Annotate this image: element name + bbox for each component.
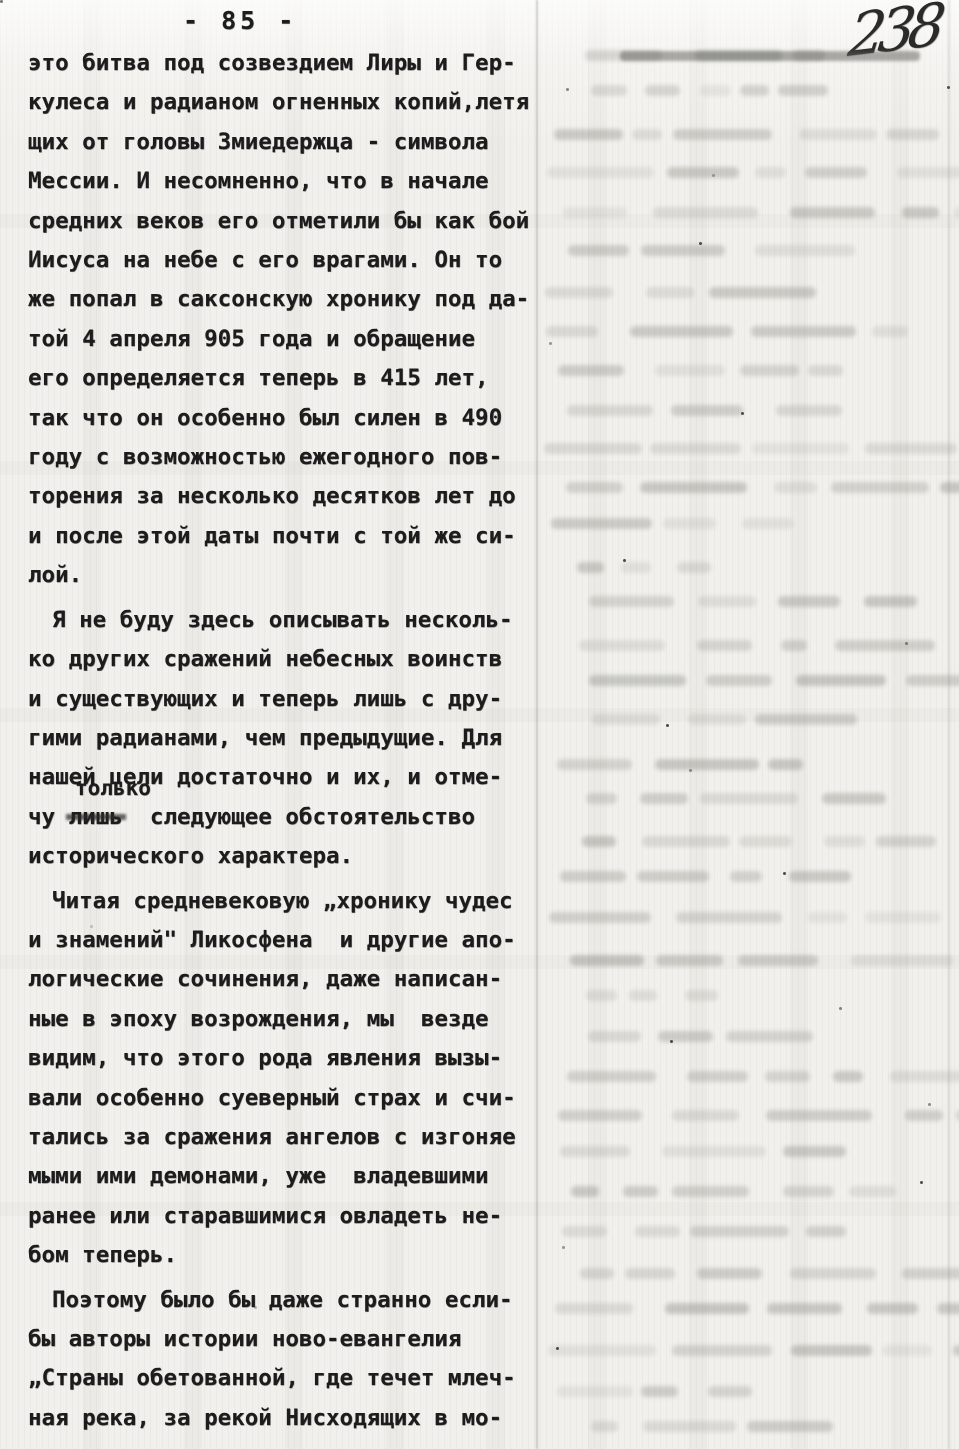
- bleed-word-blob: [549, 912, 651, 923]
- bleed-word-blob: [742, 518, 793, 529]
- bleed-word-blob: [646, 287, 694, 298]
- bleed-text-row: [557, 757, 813, 771]
- bleed-word-blob: [790, 207, 875, 218]
- text-line: логические сочинения, даже написан-: [28, 960, 540, 999]
- bleed-word-blob: [555, 1303, 633, 1314]
- bleed-word-blob: [695, 50, 782, 61]
- bleed-ink-dot: [670, 1040, 673, 1043]
- bleed-word-blob: [665, 1303, 749, 1314]
- bleed-word-blob: [558, 365, 624, 376]
- bleed-text-row: [568, 244, 863, 258]
- bleed-word-blob: [640, 482, 747, 493]
- bleed-text-row: [588, 1030, 824, 1044]
- text-line: бом теперь.: [28, 1236, 540, 1275]
- bleed-word-blob: [641, 245, 725, 256]
- bleed-word-blob: [558, 1110, 642, 1121]
- bleed-word-blob: [687, 1071, 749, 1082]
- bleed-word-blob: [589, 596, 674, 607]
- text-line: и существующих и теперь лишь с дру-: [28, 680, 540, 719]
- bleed-word-blob: [822, 793, 886, 804]
- text-line: ранее или старавшимися овладеть не-: [28, 1197, 540, 1236]
- bleed-word-blob: [708, 1386, 752, 1397]
- text-line: Мессии. И несомненно, что в начале: [28, 162, 540, 201]
- text-line: это битва под созвездием Лиры и Гер-: [28, 44, 540, 83]
- bleed-text-row: [566, 480, 959, 494]
- text-line: видим, что этого рода явления вызы-: [28, 1039, 540, 1078]
- bleed-text-row: [549, 911, 951, 925]
- bleed-text-row: [589, 595, 939, 609]
- bleed-word-blob: [867, 1303, 917, 1314]
- bleed-word-blob: [586, 793, 618, 804]
- bleed-word-blob: [567, 405, 654, 416]
- bleed-word-blob: [849, 1186, 897, 1197]
- bleed-text-row: [562, 1225, 858, 1239]
- bleed-word-blob: [677, 562, 711, 573]
- bleed-text-row: [558, 363, 872, 377]
- bleed-word-blob: [905, 1110, 944, 1121]
- bleed-word-blob: [902, 1268, 959, 1279]
- bleed-text-row: [545, 286, 845, 300]
- bleed-word-blob: [865, 912, 942, 923]
- text-line: Читая средневековую „хронику чудес: [28, 882, 540, 921]
- text-line: Я не буду здесь описывать несколь-: [28, 601, 540, 640]
- text-line: мыми ими демонами, уже владевшими: [28, 1157, 540, 1196]
- bleed-word-blob: [865, 443, 957, 454]
- bleed-word-blob: [776, 405, 842, 416]
- bleed-ink-dot: [556, 1347, 559, 1350]
- scanned-page: { "page": { "header_page_number": "- 85 …: [0, 0, 959, 1449]
- bleed-word-blob: [882, 1345, 932, 1356]
- bleed-word-blob: [588, 1031, 641, 1042]
- bleed-word-blob: [663, 518, 716, 529]
- text-line: его определяется теперь в 415 лет,: [28, 359, 540, 398]
- bleed-word-blob: [700, 85, 730, 96]
- bleed-word-blob: [630, 326, 733, 337]
- bleed-text-row: [567, 403, 859, 417]
- bleed-text-row: [577, 561, 727, 575]
- bleed-word-blob: [697, 1268, 762, 1279]
- text-line: гими радианами, чем предыдущие. Для: [28, 719, 540, 758]
- text-line: Поэтому было бы даже странно если-: [28, 1281, 540, 1320]
- bleed-word-blob: [546, 326, 599, 337]
- bleed-word-blob: [544, 443, 642, 454]
- bleed-word-blob: [592, 714, 661, 725]
- text-line: же попал в саксонскую хронику под да-: [28, 280, 540, 319]
- bleed-word-blob: [781, 640, 807, 651]
- text-line: кулеса и радианом огненных копий,летя: [28, 83, 540, 122]
- bleed-word-blob: [739, 836, 792, 847]
- bleed-word-blob: [767, 1303, 842, 1314]
- bleed-word-blob: [806, 1226, 846, 1237]
- bleed-text-row: [585, 49, 839, 63]
- bleed-word-blob: [582, 836, 617, 847]
- bleed-word-blob: [629, 990, 658, 1001]
- text-line: тались за сражения ангелов с изгоняе: [28, 1118, 540, 1157]
- bleed-ink-dot: [623, 559, 626, 562]
- bleed-word-blob: [570, 955, 643, 966]
- bleed-text-row: [547, 166, 959, 180]
- bleed-word-blob: [851, 955, 953, 966]
- text-line: ко других сражений небесных воинств: [28, 640, 540, 679]
- bleed-ink-dot: [947, 86, 950, 89]
- bleed-text-row: [571, 1184, 919, 1198]
- bleed-word-blob: [774, 482, 817, 493]
- typed-text-column: это битва под созвездием Лиры и Гер-куле…: [28, 44, 540, 1438]
- text-line: и знамений" Ликосфена и другие апо-: [28, 921, 540, 960]
- bleed-word-blob: [747, 1421, 833, 1432]
- bleed-text-row: [580, 1266, 959, 1280]
- bleed-word-blob: [740, 85, 769, 96]
- bleed-ink-dot: [920, 1181, 923, 1184]
- bleed-word-blob: [560, 871, 627, 882]
- bleed-word-blob: [902, 207, 939, 218]
- bleed-text-row: [544, 441, 959, 455]
- bleed-word-blob: [547, 167, 654, 178]
- bleed-text-row: [546, 325, 930, 339]
- bleed-word-blob: [726, 1031, 813, 1042]
- text-line: ные в эпоху возрождения, мы везде: [28, 1000, 540, 1039]
- bleed-word-blob: [621, 562, 650, 573]
- text-segment: следующее обстоятельство: [123, 804, 475, 830]
- struck-word: лишь: [69, 804, 123, 830]
- bleed-word-blob: [655, 365, 724, 376]
- bleed-text-row: [551, 517, 810, 531]
- bleed-text-row: [567, 1069, 959, 1083]
- bleed-word-blob: [872, 326, 909, 337]
- bleed-word-blob: [577, 562, 604, 573]
- bleed-text-row: [586, 989, 744, 1003]
- bleed-word-blob: [831, 482, 930, 493]
- bleed-word-blob: [554, 129, 624, 140]
- bleed-word-blob: [751, 326, 856, 337]
- text-line: ная река, за рекой Нисходящих в мо-: [28, 1399, 540, 1438]
- bleed-word-blob: [673, 129, 772, 140]
- page-number-header: - 85 -: [183, 6, 297, 35]
- bleed-text-row: [557, 1385, 775, 1399]
- bleed-word-blob: [752, 443, 849, 454]
- bleed-word-blob: [623, 1186, 658, 1197]
- bleed-text-row: [589, 674, 959, 688]
- bleed-word-blob: [765, 1071, 810, 1082]
- bleed-word-blob: [641, 1386, 677, 1397]
- bleed-text-row: [591, 84, 844, 98]
- bleed-word-blob: [824, 836, 866, 847]
- scan-speckles: [0, 0, 3, 3]
- bleed-word-blob: [808, 365, 843, 376]
- text-line: Иисуса на небе с его врагами. Он то: [28, 241, 540, 280]
- text-line: щих от головы Змиедержца - символа: [28, 123, 540, 162]
- bleed-word-blob: [940, 482, 959, 493]
- bleed-word-blob: [897, 167, 959, 178]
- bleed-word-blob: [571, 1186, 598, 1197]
- bleed-word-blob: [568, 245, 629, 256]
- bleed-text-row: [591, 1420, 864, 1434]
- bleed-word-blob: [656, 955, 724, 966]
- bleed-word-blob: [591, 85, 627, 96]
- bleed-word-blob: [560, 1146, 630, 1157]
- page-edge-line: [948, 0, 950, 1449]
- bleed-word-blob: [790, 1268, 876, 1279]
- bleed-word-blob: [625, 1268, 675, 1279]
- bleed-ink-dot: [741, 412, 744, 415]
- bleed-word-blob: [937, 1303, 959, 1314]
- bleed-word-blob: [662, 1146, 767, 1157]
- bleed-word-blob: [645, 85, 680, 96]
- text-line: вали особенно суеверный страх и счи-: [28, 1079, 540, 1118]
- text-line: лой.: [28, 556, 540, 595]
- text-line: средних веков его отметили бы как бой: [28, 202, 540, 241]
- bleed-word-blob: [778, 596, 840, 607]
- text-segment: чу: [28, 804, 69, 830]
- bleed-text-row: [592, 713, 885, 727]
- bleed-word-blob: [755, 167, 786, 178]
- bleed-ink-dot: [666, 724, 669, 727]
- bleed-word-blob: [833, 1071, 864, 1082]
- bleed-word-blob: [740, 365, 799, 376]
- bleed-word-blob: [886, 129, 938, 140]
- bleed-word-blob: [557, 1386, 632, 1397]
- bleed-word-blob: [548, 1345, 655, 1356]
- bleed-word-blob: [778, 85, 828, 96]
- bleed-word-blob: [667, 167, 739, 178]
- bleed-word-blob: [635, 1226, 680, 1237]
- bleed-word-blob: [655, 759, 759, 770]
- bleed-text-row: [560, 870, 862, 884]
- bleed-word-blob: [580, 1268, 614, 1279]
- text-line: бы авторы истории ново-евангелия: [28, 1320, 540, 1359]
- bleed-word-blob: [789, 871, 850, 882]
- bleed-word-blob: [589, 675, 686, 686]
- bleed-word-blob: [755, 245, 854, 256]
- text-line: „Страны обетованной, где течет млеч-: [28, 1359, 540, 1398]
- bleed-text-row: [558, 1108, 959, 1122]
- interline-correction: только: [75, 777, 151, 799]
- bleed-through-column: [543, 44, 959, 1449]
- bleed-word-blob: [585, 50, 663, 61]
- bleed-word-blob: [566, 482, 623, 493]
- bleed-word-blob: [906, 675, 959, 686]
- bleed-word-blob: [685, 990, 718, 1001]
- bleed-word-blob: [698, 596, 756, 607]
- bleed-word-blob: [808, 912, 846, 923]
- bleed-word-blob: [650, 443, 741, 454]
- bleed-text-row: [554, 127, 952, 141]
- bleed-word-blob: [793, 50, 825, 61]
- bleed-word-blob: [755, 714, 858, 725]
- bleed-text-row: [582, 834, 959, 848]
- bleed-word-blob: [563, 207, 626, 218]
- bleed-word-blob: [671, 405, 742, 416]
- bleed-word-blob: [954, 207, 959, 218]
- bleed-word-blob: [835, 640, 935, 651]
- bleed-word-blob: [688, 714, 746, 725]
- bleed-word-blob: [642, 836, 730, 847]
- handwritten-folio-number: 238: [845, 0, 943, 70]
- bleed-word-blob: [697, 640, 752, 651]
- bleed-word-blob: [672, 1110, 739, 1121]
- bleed-word-blob: [545, 287, 613, 298]
- bleed-ink-dot: [783, 872, 786, 875]
- bleed-word-blob: [658, 1031, 713, 1042]
- bleed-word-blob: [557, 759, 633, 770]
- bleed-ink-dot: [699, 242, 702, 245]
- bleed-word-blob: [672, 1345, 772, 1356]
- bleed-word-blob: [876, 836, 936, 847]
- bleed-word-blob: [783, 1186, 834, 1197]
- bleed-text-row: [548, 1343, 959, 1357]
- bleed-word-blob: [730, 871, 762, 882]
- bleed-word-blob: [586, 990, 616, 1001]
- bleed-word-blob: [864, 596, 918, 607]
- bleed-word-blob: [640, 793, 687, 804]
- bleed-word-blob: [799, 129, 877, 140]
- bleed-word-blob: [591, 1421, 619, 1432]
- text-line: исторического характера.: [28, 837, 540, 876]
- bleed-text-row: [563, 206, 959, 220]
- bleed-word-blob: [766, 1110, 872, 1121]
- bleed-word-blob: [562, 1226, 607, 1237]
- text-line: году с возможностью ежегодного пов-: [28, 438, 540, 477]
- bleed-word-blob: [805, 167, 867, 178]
- bleed-word-blob: [700, 793, 798, 804]
- bleed-word-blob: [796, 675, 886, 686]
- bleed-word-blob: [643, 1421, 737, 1432]
- bleed-text-row: [560, 1145, 869, 1159]
- bleed-word-blob: [567, 1071, 655, 1082]
- bleed-word-blob: [783, 1146, 846, 1157]
- bleed-word-blob: [706, 675, 771, 686]
- bleed-word-blob: [690, 1226, 788, 1237]
- bleed-text-row: [570, 953, 959, 967]
- bleed-word-blob: [672, 1186, 749, 1197]
- text-line: так что он особенно был силен в 490: [28, 399, 540, 438]
- bleed-word-blob: [579, 640, 665, 651]
- text-line: и после этой даты почти с той же си-: [28, 517, 540, 556]
- bleed-word-blob: [637, 871, 710, 882]
- bleed-text-row: [579, 638, 950, 652]
- bleed-text-row: [555, 1302, 959, 1316]
- bleed-word-blob: [551, 518, 652, 529]
- bleed-word-blob: [676, 912, 782, 923]
- bleed-word-blob: [953, 1345, 959, 1356]
- bleed-word-blob: [653, 207, 758, 218]
- text-line: торения за несколько десятков лет до: [28, 477, 540, 516]
- text-line: чу лишь следующее обстоятельствотолько: [28, 798, 540, 837]
- bleed-word-blob: [791, 1345, 872, 1356]
- bleed-text-row: [586, 792, 910, 806]
- bleed-word-blob: [768, 759, 802, 770]
- bleed-word-blob: [890, 1071, 959, 1082]
- bleed-word-blob: [738, 955, 818, 966]
- text-line: той 4 апреля 905 года и обращение: [28, 320, 540, 359]
- bleed-word-blob: [632, 129, 661, 140]
- bleed-word-blob: [709, 287, 817, 298]
